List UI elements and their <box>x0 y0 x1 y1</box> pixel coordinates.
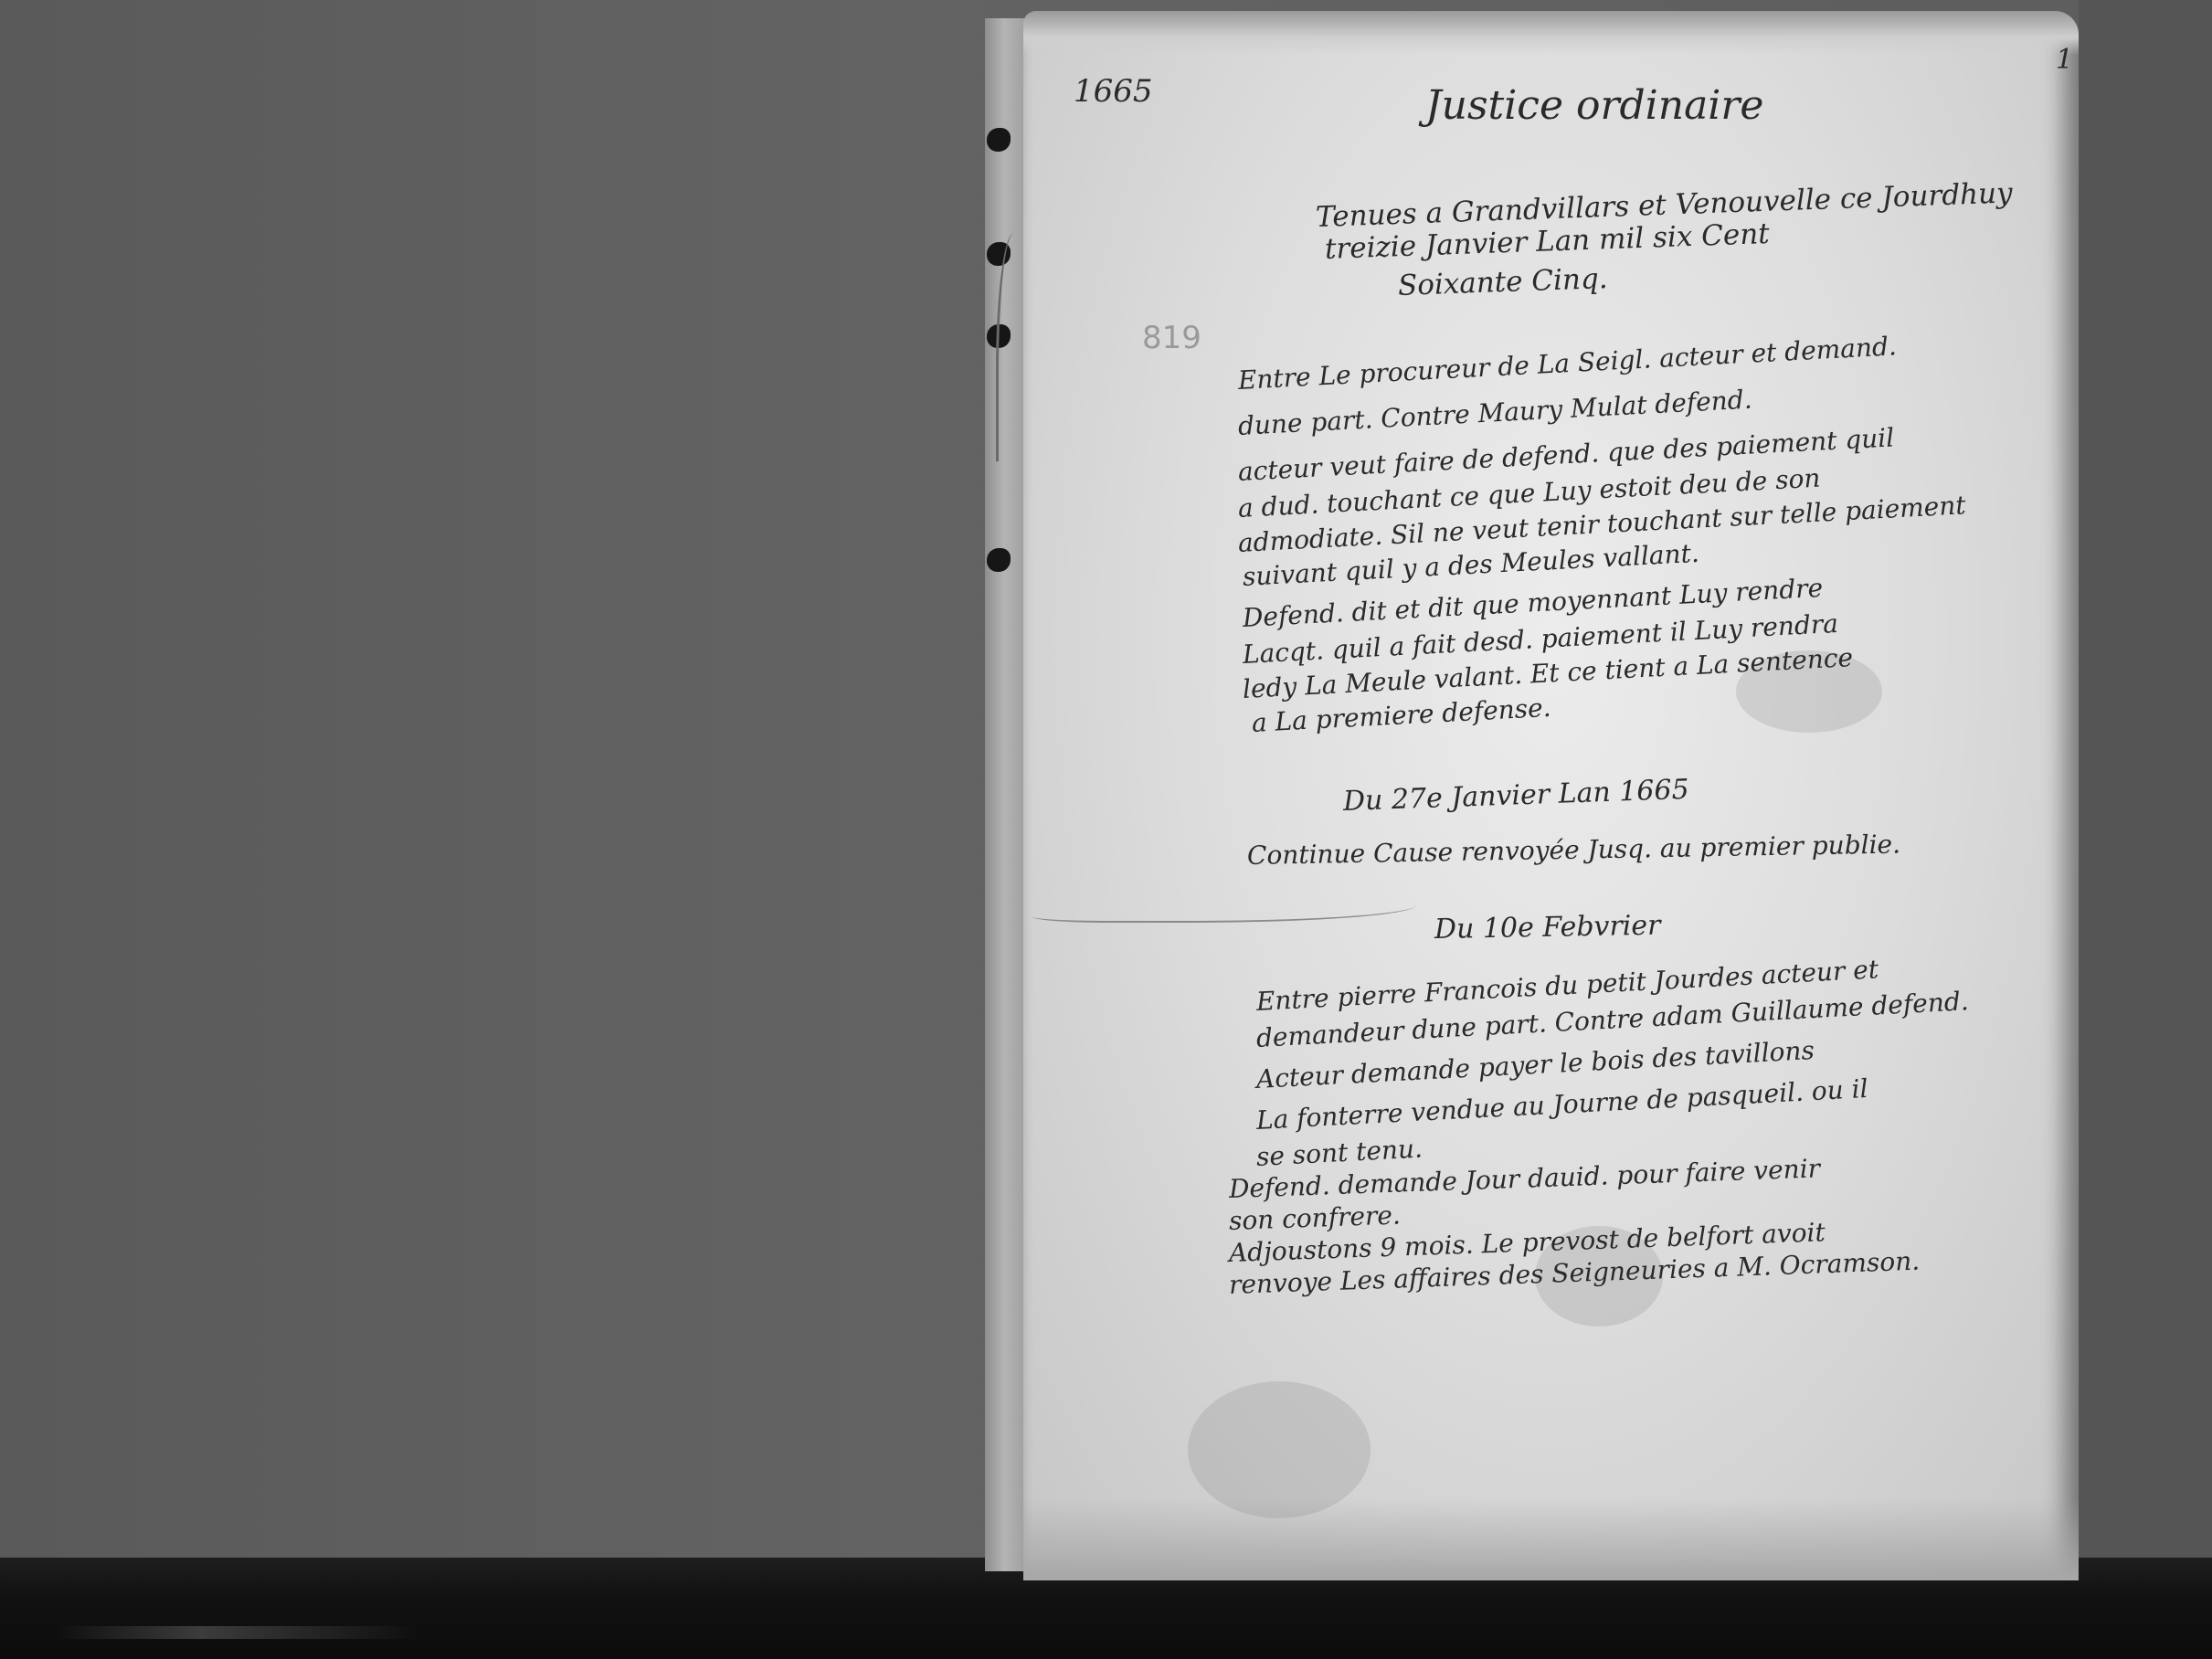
margin-year: 1665 <box>1074 73 1153 110</box>
binding-hole <box>987 128 1011 152</box>
date-line: Du 10e Febvrier <box>1434 910 1661 946</box>
table-glint <box>55 1626 420 1639</box>
page-number: 1 <box>2056 44 2073 76</box>
page-top-damage <box>1023 11 2079 55</box>
page-bottom-fray <box>1023 1498 2079 1580</box>
document-title: Justice ordinaire <box>1425 82 1763 129</box>
background-right-strip <box>2079 0 2212 1590</box>
stain <box>1188 1381 1371 1518</box>
pencil-mark: 819 <box>1142 320 1201 356</box>
binding-hole <box>987 548 1011 572</box>
page-tear <box>1032 893 1416 923</box>
entry4-line: son confrere. <box>1228 1199 1401 1236</box>
